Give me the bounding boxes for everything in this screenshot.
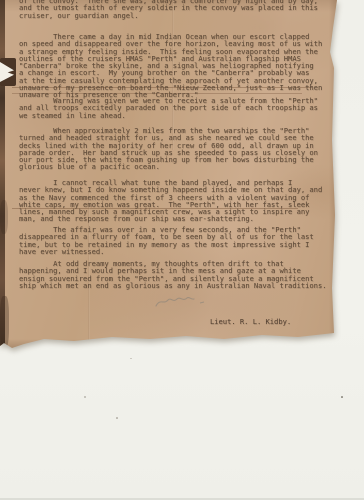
edge-damage-spot xyxy=(0,296,9,348)
paragraph: of the convoy. There she was, always a c… xyxy=(19,0,335,19)
signature-unit: 8 Aust. Movt. Cont.Group xyxy=(210,370,331,379)
paragraph: Warning was given we were to receive a s… xyxy=(19,97,335,119)
signature-name: Lieut. R. L. Kidby. xyxy=(210,318,331,327)
dust-speck xyxy=(341,396,343,398)
paragraph: I cannot recall what tune the band playe… xyxy=(19,179,335,223)
signature-service-number: VX16438, xyxy=(210,344,331,353)
letter-page: of the convoy. There she was, always a c… xyxy=(0,0,337,349)
dust-speck xyxy=(84,396,86,398)
letter-page-wrapper: of the convoy. There she was, always a c… xyxy=(0,0,338,350)
dust-speck xyxy=(130,358,132,359)
signature-date: 2.6.43. xyxy=(210,421,331,430)
signature-block: Lieut. R. L. Kidby. VX16438, 8 Aust. Mov… xyxy=(210,301,331,447)
paragraph: At odd dreamy moments, my thoughts often… xyxy=(19,260,335,289)
scan-background: of the convoy. There she was, always a c… xyxy=(0,0,364,500)
dust-speck xyxy=(116,417,118,419)
signature-location: Port Moresby. xyxy=(210,396,331,405)
paragraph: The affair was over in a very few second… xyxy=(19,226,335,255)
edge-damage-spot xyxy=(0,200,8,234)
handwritten-signature xyxy=(154,294,210,310)
paragraph: When approximately 2 miles from the two … xyxy=(19,127,335,171)
paragraph: There came a day in mid Indian Ocean whe… xyxy=(19,33,335,99)
